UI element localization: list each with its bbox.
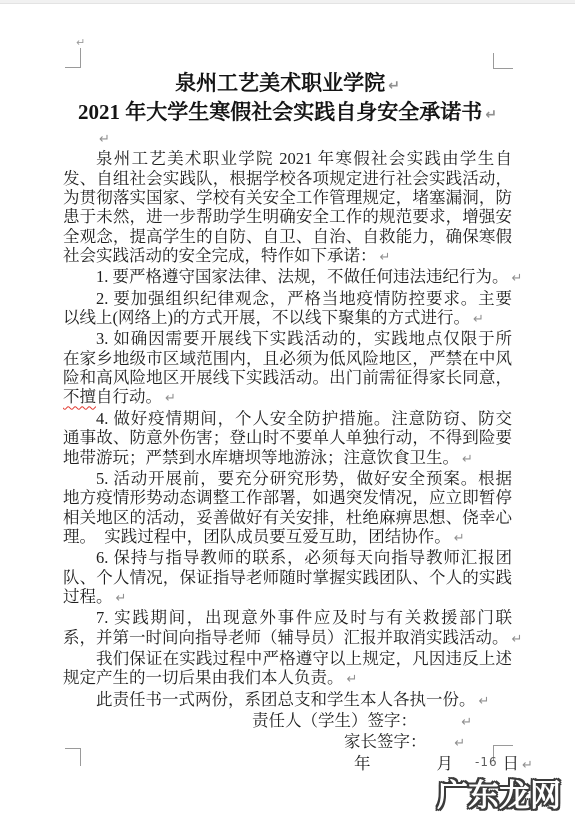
doc-text: 通事故、防意外伤害；登山时不要单人单独行动，不得到险要 — [63, 428, 512, 447]
intro-line: 发、自组社会实践队，根据学校各项规定进行社会实践活动， — [63, 169, 512, 188]
item-3-line: 在家乡地级市区域范围内，且必须为低风险地区，严禁在中风 — [63, 349, 512, 368]
doc-text: 此责任书一式两份，系团总支和学生本人各执一份。 — [96, 690, 476, 709]
doc-text: 泉州工艺美术职业学院 2021 年寒假社会实践由学生自 — [96, 149, 512, 168]
pilcrow-mark: ↵ — [347, 672, 358, 687]
doc-text: 我们保证在实践过程中严格遵守以上规定，凡因违反上述 — [96, 649, 512, 668]
item-3-line: 不擅自行动。↵ — [63, 387, 512, 408]
item-5-line: 理。 实践过程中，团队成员要互爱互助，团结协作。↵ — [63, 527, 512, 548]
item-2-line: 2. 要加强组织纪律观念，严格当地疫情防控要求。主要 — [63, 289, 512, 308]
doc-text: 为贯彻落实国家、学校有关安全工作管理规定，堵塞漏洞，防 — [63, 188, 512, 207]
doc-text: 1. 要严格遵守国家法律、法规，不做任何违法违纪行为。 — [96, 267, 509, 286]
pilcrow-mark: ↵ — [461, 715, 472, 730]
item-2-line: 以线上(网络上)的方式开展，不以线下聚集的方式进行。↵ — [63, 308, 512, 329]
item-7-line: 7. 实践期间，出现意外事件应及时与有关救援部门联 — [63, 608, 512, 627]
item-4-line: 通事故、防意外伤害；登山时不要单人单独行动，不得到险要 — [63, 428, 512, 447]
pilcrow-mark: ↵ — [380, 250, 391, 265]
pilcrow-mark: ↵ — [512, 271, 523, 286]
pilcrow-mark: ↵ — [485, 107, 497, 123]
crop-mark-top-left — [65, 48, 81, 68]
pilcrow-mark: ↵ — [388, 78, 400, 94]
doc-text: 队、个人情况，保证指导老师随时掌握实践团队、个人的实践 — [63, 568, 512, 587]
item-6-line: 6. 保持与指导教师的联系，必须每天向指导教师汇报团 — [63, 548, 512, 567]
window-top-edge — [0, 0, 575, 4]
spellcheck-flagged-text: 不擅 — [63, 387, 96, 406]
doc-text: 泉州工艺美术职业学院 — [175, 71, 385, 95]
doc-text: 发、自组社会实践队，根据学校各项规定进行社会实践活动， — [63, 169, 512, 188]
intro-line: 泉州工艺美术职业学院 2021 年寒假社会实践由学生自 — [63, 149, 512, 168]
doc-text: 在家乡地级市区域范围内，且必须为低风险地区，严禁在中风 — [63, 349, 512, 368]
doc-text: 2021 年大学生寒假社会实践自身安全承诺书 — [78, 100, 482, 124]
item-5-line: 地方疫情形势动态调整工作部署，如遇突发情况，应立即暂停 — [63, 488, 512, 507]
item-3-line: 3. 如确因需要开展线下实践活动的，实践地点仅限于所 — [63, 329, 512, 348]
doc-text: 4. 做好疫情期间，个人安全防护措施。注意防窃、防交 — [96, 409, 512, 428]
pilcrow-mark: ↵ — [473, 312, 484, 327]
doc-text: 社会实践活动的安全完成，特作如下承诺： — [63, 246, 377, 265]
doc-text: 3. 如确因需要开展线下实践活动的，实践地点仅限于所 — [96, 329, 512, 348]
doc-text: 理。 实践过程中，团队成员要互爱互助，团结协作。 — [63, 527, 451, 546]
doc-text: 过程。 — [63, 587, 113, 606]
doc-text: 全观念，提高学生的自防、自卫、自治、自救能力，确保寒假 — [63, 227, 512, 246]
page-number: -16 — [475, 755, 498, 769]
item-5-line: 5. 活动开展前，要充分研究形势，做好安全预案。根据 — [63, 469, 512, 488]
signature-parent-line: 家长签字： ↵ — [63, 732, 512, 753]
doc-text: 家长签字： — [344, 732, 451, 751]
doc-text: 2. 要加强组织纪律观念，严格当地疫情防控要求。主要 — [96, 289, 512, 308]
item-4-line: 4. 做好疫情期间，个人安全防护措施。注意防窃、防交 — [63, 409, 512, 428]
document-text-body: 泉州工艺美术职业学院↵2021 年大学生寒假社会实践自身安全承诺书↵↵泉州工艺美… — [63, 70, 512, 775]
word-document-page: ↵ 泉州工艺美术职业学院↵2021 年大学生寒假社会实践自身安全承诺书↵↵泉州工… — [0, 0, 575, 817]
doc-text: 7. 实践期间，出现意外事件应及时与有关救援部门联 — [96, 608, 512, 627]
pilcrow-mark: ↵ — [454, 736, 465, 751]
doc-title-line-2: 2021 年大学生寒假社会实践自身安全承诺书↵ — [63, 99, 512, 128]
doc-text: 系，并第一时间向指导老师（辅导员）汇报并取消实践活动。 — [63, 628, 509, 647]
copies-line: 此责任书一式两份，系团总支和学生本人各执一份。↵ — [63, 690, 512, 711]
pilcrow-mark: ↵ — [479, 694, 490, 709]
item-6-line: 队、个人情况，保证指导老师随时掌握实践团队、个人的实践 — [63, 568, 512, 587]
signature-student-line: 责任人（学生）签字： ↵ — [63, 711, 512, 732]
doc-text: 险和高风险地区开展线下实践活动。出门前需征得家长同意， — [63, 368, 512, 387]
doc-text: 地方疫情形势动态调整工作部署，如遇突发情况，应立即暂停 — [63, 488, 512, 507]
item-1-line: 1. 要严格遵守国家法律、法规，不做任何违法违纪行为。↵ — [63, 267, 512, 288]
watermark: 广东龙网 — [437, 770, 561, 815]
doc-text: 6. 保持与指导教师的联系，必须每天向指导教师汇报团 — [96, 548, 512, 567]
doc-text: 患于未然，进一步帮助学生明确安全工作的规范要求，增强安 — [63, 207, 512, 226]
intro-line: 患于未然，进一步帮助学生明确安全工作的规范要求，增强安 — [63, 207, 512, 226]
pilcrow-mark: ↵ — [454, 531, 465, 546]
item-4-line: 地带游玩；严禁到水库塘坝等地游泳；注意饮食卫生。↵ — [63, 448, 512, 469]
closing-line: 规定产生的一切后果由我们本人负责。↵ — [63, 668, 512, 689]
intro-line: 全观念，提高学生的自防、自卫、自治、自救能力，确保寒假 — [63, 227, 512, 246]
pilcrow-mark: ↵ — [99, 132, 110, 147]
item-7-line: 系，并第一时间向指导老师（辅导员）汇报并取消实践活动。↵ — [63, 628, 512, 649]
pilcrow-mark: ↵ — [462, 452, 473, 467]
intro-line: 为贯彻落实国家、学校有关安全工作管理规定，堵塞漏洞，防 — [63, 188, 512, 207]
intro-line: 社会实践活动的安全完成，特作如下承诺：↵ — [63, 246, 512, 267]
pilcrow-mark: ↵ — [165, 391, 176, 406]
doc-text: 自行动。 — [96, 387, 162, 406]
item-5-line: 相关地区的活动，妥善做好有关安排，杜绝麻痹思想、侥幸心 — [63, 508, 512, 527]
doc-text: 责任人（学生）签字： — [252, 711, 458, 730]
closing-line: 我们保证在实践过程中严格遵守以上规定，凡因违反上述 — [63, 649, 512, 668]
doc-text: 地带游玩；严禁到水库塘坝等地游泳；注意饮食卫生。 — [63, 448, 459, 467]
item-6-line: 过程。↵ — [63, 587, 512, 608]
empty-paragraph: ↵ — [63, 128, 512, 149]
doc-text: 5. 活动开展前，要充分研究形势，做好安全预案。根据 — [96, 469, 512, 488]
item-3-line: 险和高风险地区开展线下实践活动。出门前需征得家长同意， — [63, 368, 512, 387]
pilcrow-mark: ↵ — [116, 591, 127, 606]
doc-title-line-1: 泉州工艺美术职业学院↵ — [63, 70, 512, 99]
doc-text: 相关地区的活动，妥善做好有关安排，杜绝麻痹思想、侥幸心 — [63, 508, 512, 527]
crop-mark-top-right — [493, 53, 513, 69]
doc-text: 以线上(网络上)的方式开展，不以线下聚集的方式进行。 — [63, 308, 470, 327]
pilcrow-mark: ↵ — [512, 632, 523, 647]
doc-text: 规定产生的一切后果由我们本人负责。 — [63, 668, 344, 687]
